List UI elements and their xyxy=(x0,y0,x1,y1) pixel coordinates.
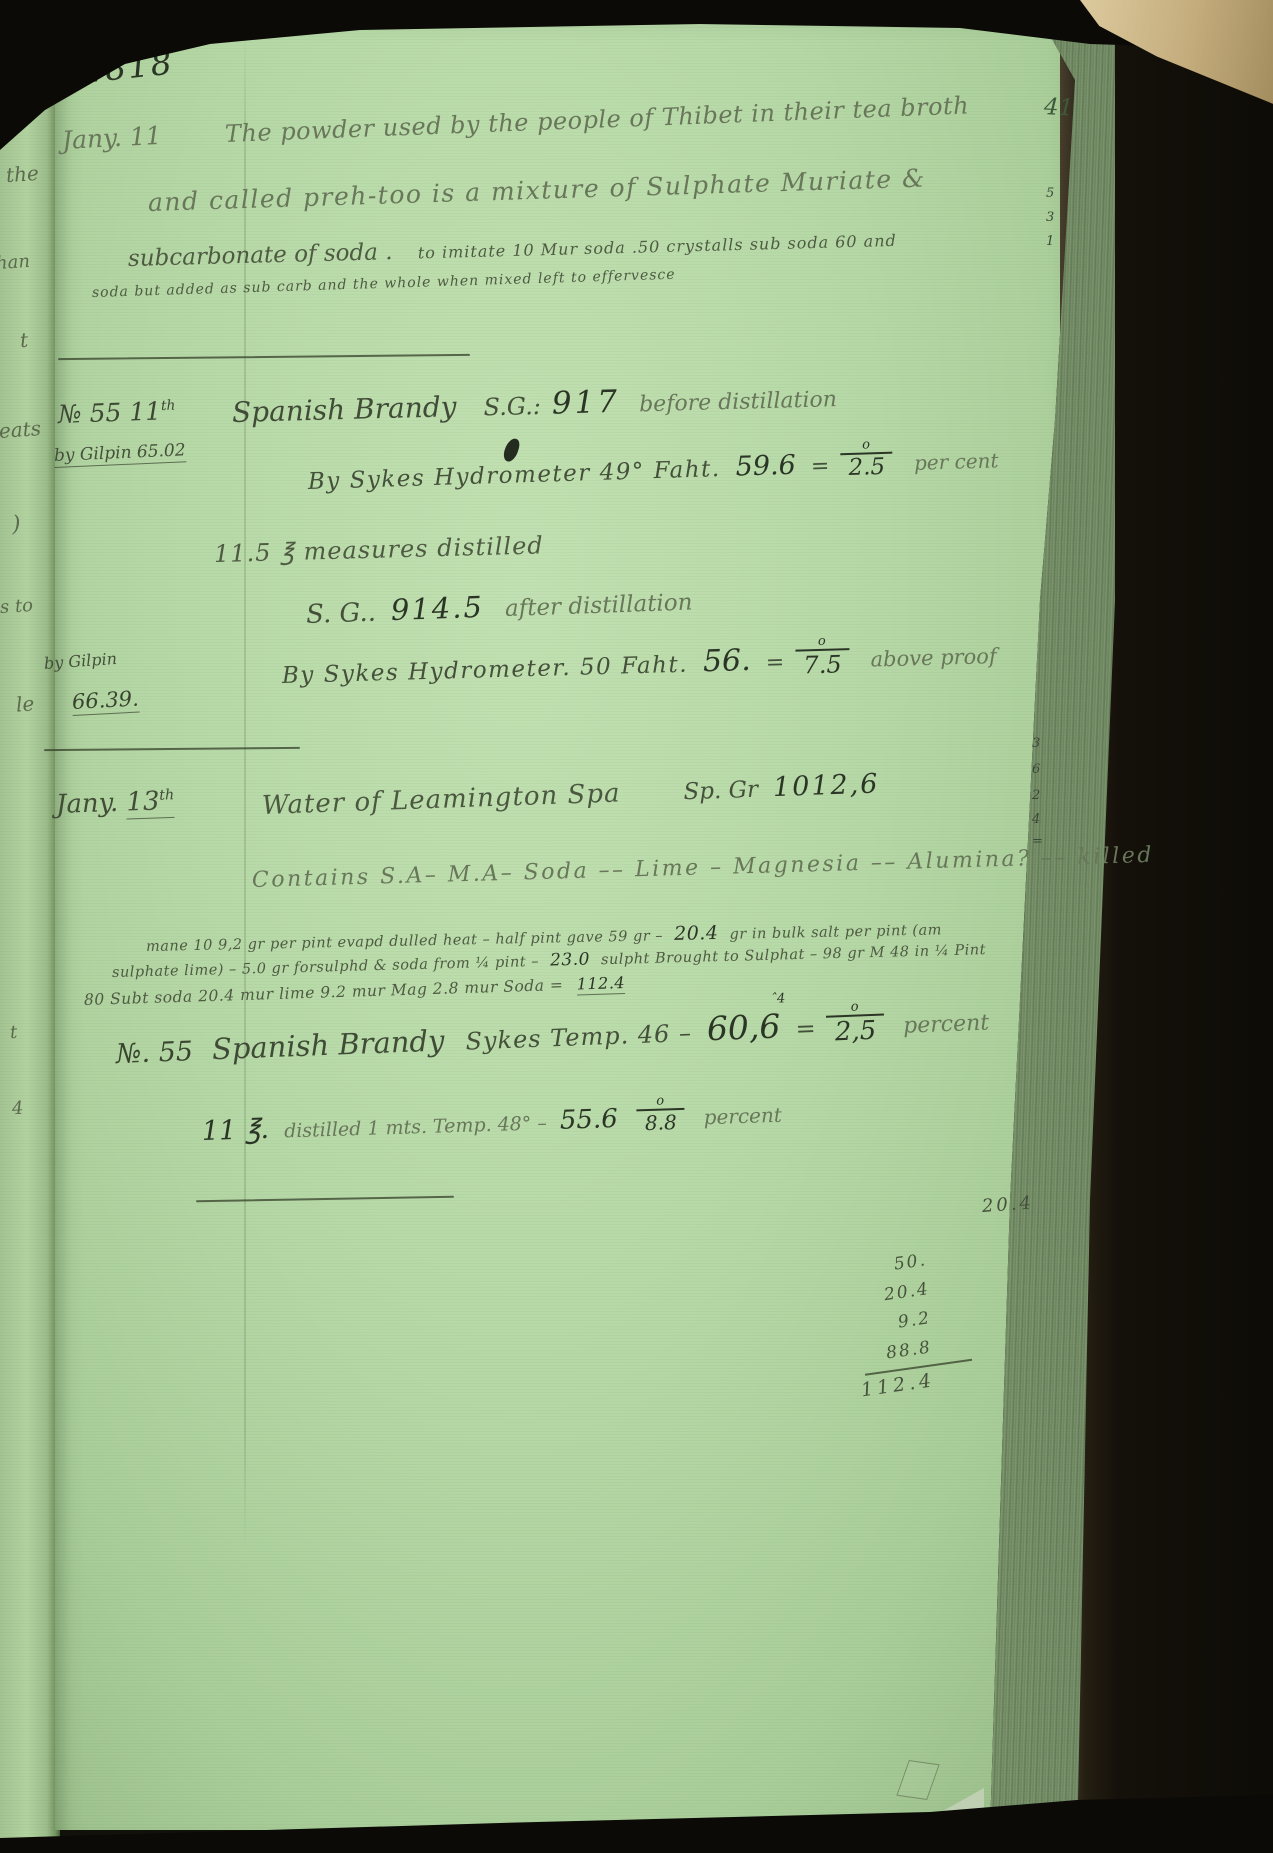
spgr-label: Sp. Gr xyxy=(683,777,758,806)
sg-value: 914.5 xyxy=(390,590,484,627)
hydrometer-value: 59.6 xyxy=(735,450,796,483)
fraction-numerator: o xyxy=(862,438,870,451)
equals-sign: = xyxy=(795,1014,816,1043)
fraction-denominator: 2,5 xyxy=(826,1013,884,1045)
proof-fraction: o8.8 xyxy=(636,1093,685,1132)
sg-label: S. G.. xyxy=(306,598,377,630)
margin-fragment: s to xyxy=(0,595,34,618)
fore-edge-digit: 1 xyxy=(1046,234,1054,249)
fore-edge-digit: 5 xyxy=(1046,186,1054,201)
reading-value: 60,6 xyxy=(706,1006,781,1048)
correction-superscript: ˆ4 xyxy=(770,991,785,1007)
entry-date-jan13: Jany. 13th xyxy=(55,786,174,820)
fraction-numerator: o xyxy=(818,634,826,647)
fore-edge-digit: 6 xyxy=(1032,762,1040,777)
fraction-denominator: 2.5 xyxy=(840,452,893,481)
ordinal-suffix: th xyxy=(161,398,176,414)
sykes-condition: Sykes Temp. 46 – xyxy=(465,1019,693,1056)
substance-name: Spanish Brandy xyxy=(211,1023,445,1066)
quantity: 11 ℥. xyxy=(201,1114,269,1147)
substance-name: Spanish Brandy xyxy=(232,390,457,429)
folio-number: 41 xyxy=(1043,94,1074,121)
sg-note: after distillation xyxy=(505,590,693,623)
analysis-text: gr in bulk salt per pint (am xyxy=(729,922,942,942)
fore-edge-digit: 2 xyxy=(1032,788,1040,803)
fore-edge-digit: 4 xyxy=(1032,812,1040,827)
percent-note: per cent xyxy=(914,448,999,475)
proof-note: above proof xyxy=(870,644,997,672)
proof-fraction: o7.5 xyxy=(795,634,850,677)
margin-fragment: le xyxy=(15,691,35,716)
margin-gilpin-value: 66.39. xyxy=(71,687,139,714)
percent-note: percent xyxy=(703,1103,782,1129)
fraction-numerator: o xyxy=(850,1000,858,1013)
hydrometer-value: 56. xyxy=(702,643,751,679)
fore-edge-digit: 3 xyxy=(1032,736,1040,751)
condition-text: distilled 1 mts. Temp. 48° – xyxy=(284,1112,547,1142)
sg-note: before distillation xyxy=(639,387,837,417)
margin-fragment: ) xyxy=(11,512,21,538)
day-number: 13 xyxy=(126,786,160,817)
sg-value: 917 xyxy=(551,384,620,422)
fore-edge-digit: = xyxy=(1032,834,1043,849)
margin-gilpin-note: by Gilpin 65.02 xyxy=(54,440,186,466)
hydrometer-label: By Sykes Hydrometer. 50 Faht. xyxy=(282,652,689,689)
margin-fragment: heats xyxy=(0,416,42,444)
arithmetic-column: 50. 20.4 9.2 88.8 112.4 xyxy=(858,1242,975,1399)
margin-fragment: 4 xyxy=(11,1098,24,1120)
analysis-value: 20.4 xyxy=(674,922,719,945)
margin-fragment: t xyxy=(19,328,29,353)
entry-month: Jany. xyxy=(55,788,118,820)
entry-number-margin: № 55 11th xyxy=(57,396,176,429)
calc-note: 20.4 xyxy=(981,1192,1034,1217)
equals-sign: = xyxy=(810,454,829,480)
entry-date-jan11: Jany. 11 xyxy=(61,121,162,155)
sg-label: S.G.: xyxy=(483,392,541,421)
fraction-denominator: 7.5 xyxy=(795,648,850,678)
analysis-value: 23.0 xyxy=(550,949,590,970)
fore-edge-digit: 3 xyxy=(1046,210,1054,225)
reading-value: 55.6 xyxy=(559,1104,618,1136)
analysis-total: 112.4 xyxy=(576,973,625,996)
equals-sign: = xyxy=(765,650,784,676)
proof-fraction: o2,5 xyxy=(826,999,885,1045)
manuscript-scan: the han t heats ) s to le t 4 1818 41 Ja… xyxy=(0,0,1273,1853)
reading-value-wrap: ˆ4 60,6 xyxy=(706,1006,781,1048)
spgr-value: 1012,6 xyxy=(772,768,880,803)
margin-fragment: t xyxy=(9,1022,18,1043)
entry-number: № 55 11 xyxy=(57,396,161,429)
percent-note: percent xyxy=(903,1010,990,1038)
fraction-denominator: 8.8 xyxy=(637,1107,686,1132)
proof-fraction: o2.5 xyxy=(840,438,894,481)
margin-fragment: the xyxy=(5,161,39,187)
entry-day: 13th xyxy=(126,786,175,820)
hydrometer-label: By Sykes Hydrometer 49° Faht. xyxy=(308,456,721,495)
gilpin-value: 66.39. xyxy=(71,687,139,716)
ordinal-suffix: th xyxy=(159,787,175,804)
margin-fragment: han xyxy=(0,251,31,274)
fraction-numerator: o xyxy=(656,1094,664,1107)
facing-page-edge: the han t heats ) s to le t 4 xyxy=(0,0,60,1845)
entry-number: №. 55 xyxy=(115,1036,193,1070)
